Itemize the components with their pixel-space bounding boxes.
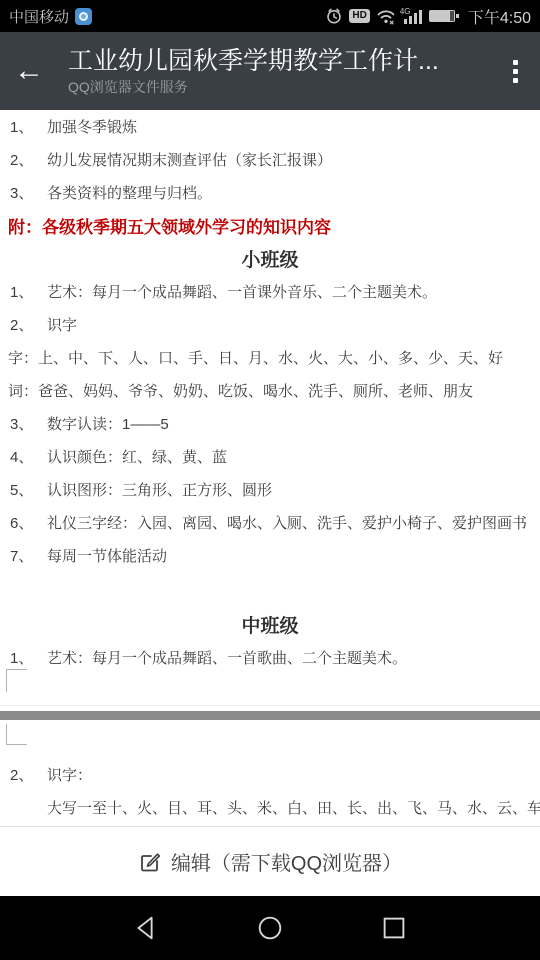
doc-line: 2、 幼儿发展情况期末测查评估（家长汇报课） xyxy=(0,143,540,176)
overflow-dot xyxy=(513,78,518,83)
line-text: 识字： xyxy=(47,764,92,785)
doc-line: 1、 艺术：每月一个成品舞蹈、一首课外音乐、二个主题美术。 xyxy=(0,275,540,308)
document-scroll-area[interactable]: 1、 加强冬季锻炼 2、 幼儿发展情况期末测查评估（家长汇报课） 3、 各类资料… xyxy=(0,110,540,826)
overflow-dot xyxy=(513,60,518,65)
line-number: 3、 xyxy=(10,182,47,203)
line-text: 认识颜色：红、绿、黄、蓝 xyxy=(47,446,227,467)
line-number: 2、 xyxy=(10,149,47,170)
nav-recents-button[interactable] xyxy=(377,911,411,945)
phone-screen: 中国移动 HD 4G xyxy=(0,0,540,960)
section-heading-junior: 小班级 xyxy=(0,242,540,275)
overflow-menu-button[interactable] xyxy=(504,47,526,95)
hd-volte-icon: HD xyxy=(349,9,369,23)
nav-home-circle-icon xyxy=(255,913,285,943)
status-bar: 中国移动 HD 4G xyxy=(0,0,540,32)
line-number: 2、 xyxy=(10,764,47,785)
doc-line: 1、 加强冬季锻炼 xyxy=(0,110,540,143)
page2-frame-corner xyxy=(6,724,27,745)
page-subtitle: QQ浏览器文件服务 xyxy=(68,77,504,97)
line-number: 7、 xyxy=(10,545,47,566)
doc-line-chars: 字：上、中、下、人、口、手、日、月、水、火、大、小、多、少、天、好 xyxy=(0,341,540,374)
nav-back-button[interactable] xyxy=(129,911,163,945)
line-number: 1、 xyxy=(10,281,47,302)
line-text: 认识图形：三角形、正方形、圆形 xyxy=(47,479,272,500)
line-text: 数字认读：1——5 xyxy=(47,413,169,434)
doc-line: 3、 数字认读：1——5 xyxy=(0,407,540,440)
doc-line: 6、 礼仪三字经：入园、离园、喝水、入厕、洗手、爱护小椅子、爱护图画书 xyxy=(0,506,540,539)
line-text: 幼儿发展情况期末测查评估（家长汇报课） xyxy=(47,149,332,170)
signal-strength-icon: 4G xyxy=(402,7,422,25)
line-text: 识字 xyxy=(47,314,77,335)
doc-line-words: 词：爸爸、妈妈、爷爷、奶奶、吃饭、喝水、洗手、厕所、老师、朋友 xyxy=(0,374,540,407)
wifi-icon xyxy=(376,7,396,25)
alarm-icon xyxy=(325,7,343,25)
doc-line: 2、 识字： xyxy=(0,758,540,791)
header-titles: 工业幼儿园秋季学期教学工作计... QQ浏览器文件服务 xyxy=(68,46,504,97)
doc-line: 5、 认识图形：三角形、正方形、圆形 xyxy=(0,473,540,506)
line-text: 加强冬季锻炼 xyxy=(47,116,137,137)
appendix-note: 附：各级秋季期五大领域外学习的知识内容 xyxy=(0,209,540,242)
section-heading-middle: 中班级 xyxy=(0,608,540,641)
doc-line: 1、 艺术：每月一个成品舞蹈、一首歌曲、二个主题美术。 xyxy=(0,641,540,674)
nav-home-button[interactable] xyxy=(253,911,287,945)
status-bar-left: 中国移动 xyxy=(9,6,92,27)
line-number: 5、 xyxy=(10,479,47,500)
carrier-label: 中国移动 xyxy=(9,6,69,27)
android-nav-bar xyxy=(0,896,540,960)
doc-line-chars-clipped: 大写一至十、火、目、耳、头、米、白、田、长、出、飞、马、水、云、车、年 xyxy=(0,791,540,824)
back-arrow-icon: ← xyxy=(14,56,44,86)
line-number: 3、 xyxy=(10,413,47,434)
page1-frame-corner xyxy=(6,669,27,692)
line-text: 礼仪三字经：入园、离园、喝水、入厕、洗手、爱护小椅子、爱护图画书 xyxy=(47,512,527,533)
doc-line: 4、 认识颜色：红、绿、黄、蓝 xyxy=(0,440,540,473)
network-type-label: 4G xyxy=(400,7,411,16)
doc-line: 3、 各类资料的整理与归档。 xyxy=(0,176,540,209)
overflow-dot xyxy=(513,69,518,74)
line-text: 艺术：每月一个成品舞蹈、一首课外音乐、二个主题美术。 xyxy=(47,281,437,302)
nav-back-triangle-icon xyxy=(131,913,161,943)
edit-document-button[interactable]: 编辑（需下载QQ浏览器） xyxy=(0,826,540,896)
nav-recents-square-icon xyxy=(379,913,409,943)
clock-label: 下午4:50 xyxy=(468,5,531,28)
line-text: 各类资料的整理与归档。 xyxy=(47,182,212,203)
doc-line: 2、 识字 xyxy=(0,308,540,341)
battery-icon xyxy=(428,7,460,25)
line-number: 1、 xyxy=(10,647,47,668)
status-bar-right: HD 4G 下午4:50 xyxy=(325,5,531,28)
doc-line: 7、 每周一节体能活动 xyxy=(0,539,540,572)
line-number: 1、 xyxy=(10,116,47,137)
page-title: 工业幼儿园秋季学期教学工作计... xyxy=(68,46,504,76)
line-number: 6、 xyxy=(10,512,47,533)
edit-pencil-icon xyxy=(138,850,162,874)
page-break-divider xyxy=(0,705,540,720)
app-header: ← 工业幼儿园秋季学期教学工作计... QQ浏览器文件服务 xyxy=(0,32,540,110)
line-number: 2、 xyxy=(10,314,47,335)
notification-app-icon xyxy=(75,8,92,25)
edit-button-label: 编辑（需下载QQ浏览器） xyxy=(171,847,402,876)
back-button[interactable]: ← xyxy=(14,47,54,95)
line-number: 4、 xyxy=(10,446,47,467)
line-text: 每周一节体能活动 xyxy=(47,545,167,566)
line-text: 艺术：每月一个成品舞蹈、一首歌曲、二个主题美术。 xyxy=(47,647,407,668)
